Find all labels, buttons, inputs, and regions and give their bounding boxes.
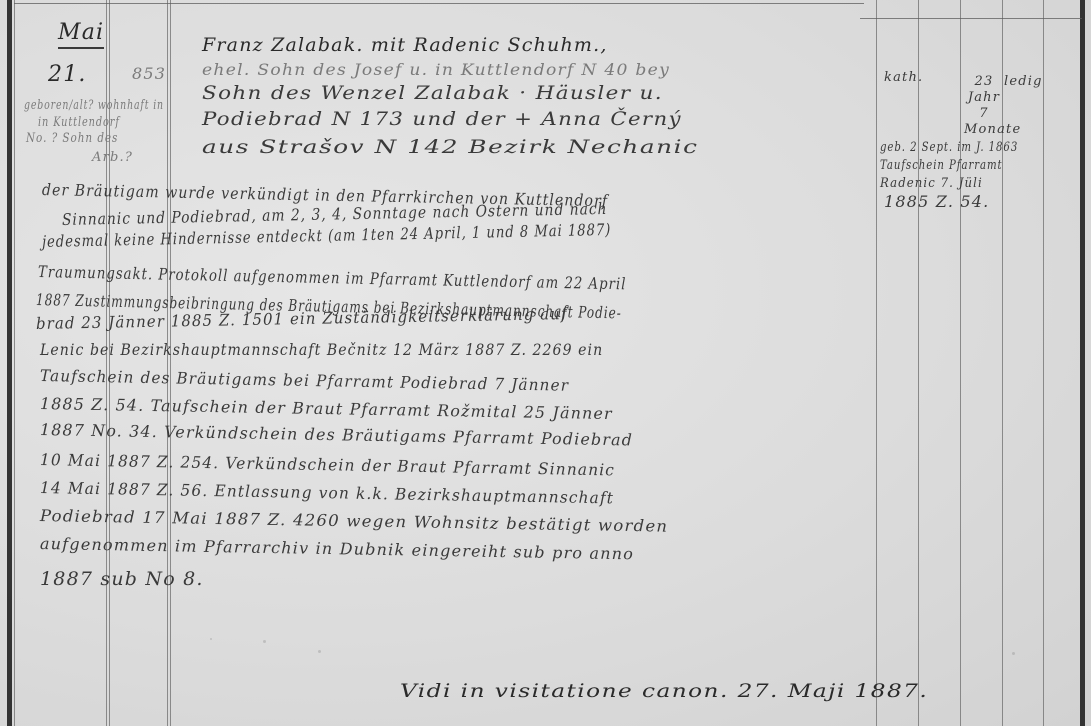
entry-line-18: Podiebrad 17 Mai 1887 Z. 4260 wegen Wohn… (40, 506, 669, 536)
entry-line-1: Franz Zalabak. mit Radenic Schuhm., (202, 34, 608, 56)
entry-line-17: 14 Mai 1887 Z. 56. Entlassung von k.k. B… (40, 478, 614, 507)
month-header: Mai (58, 20, 104, 49)
column-rule (876, 0, 877, 726)
right-page-edge (1080, 0, 1085, 726)
column-rule (960, 0, 961, 726)
register-page: Mai 21. 853 geboren/alt? wohnhaft in in … (0, 0, 1091, 726)
bride-birth-note: geb. 2 Sept. im J. 1863 (880, 140, 1018, 155)
entry-line-5: aus Strašov N 142 Bezirk Nechanic (202, 136, 698, 158)
column-rule (1043, 0, 1044, 726)
column-rule (918, 0, 919, 726)
entry-number: 853 (132, 64, 166, 83)
bride-birth-note: 1885 Z. 54. (884, 192, 989, 211)
margin-note-line: in Kuttlendorf (38, 115, 120, 130)
header-rule (860, 18, 1082, 19)
religion-value: kath. (884, 70, 923, 85)
entry-line-16: 10 Mai 1887 Z. 254. Verkündschein der Br… (40, 450, 615, 479)
entry-line-15: 1887 No. 34. Verkündschein des Bräutigam… (40, 420, 633, 449)
left-binding-edge (7, 0, 12, 726)
entry-line-2: ehel. Sohn des Josef u. in Kuttlendorf N… (202, 60, 670, 79)
column-rule (170, 0, 171, 726)
header-rule (14, 3, 864, 4)
visitation-note: Vidi in visitatione canon. 27. Maji 1887… (400, 680, 928, 702)
entry-day: 21. (48, 62, 87, 87)
age-value: 23 Jahr 7 Monate (964, 74, 1004, 138)
paper-speck (1012, 652, 1015, 655)
bride-birth-note: Taufschein Pfarramt (880, 158, 1003, 173)
margin-note-line: No. ? Sohn des (26, 131, 118, 146)
column-rule (14, 0, 15, 726)
entry-line-9: Traumungsakt. Protokoll aufgenommen im P… (38, 262, 627, 293)
margin-note-line: Arb.? (92, 150, 133, 165)
entry-line-13: Taufschein des Bräutigams bei Pfarramt P… (40, 366, 569, 395)
entry-line-12: Lenic bei Bezirkshauptmannschaft Bečnitz… (40, 340, 603, 359)
paper-speck (210, 638, 212, 640)
entry-line-19: aufgenommen im Pfarrarchiv in Dubnik ein… (40, 534, 634, 563)
bride-birth-note: Radenic 7. Jüli (880, 176, 983, 191)
entry-line-20: 1887 sub No 8. (40, 568, 204, 590)
paper-speck (318, 650, 321, 653)
bride-status: ledig (1004, 74, 1043, 89)
entry-line-14: 1885 Z. 54. Taufschein der Braut Pfarram… (40, 394, 613, 423)
entry-line-3: Sohn des Wenzel Zalabak · Häusler u. (202, 82, 663, 104)
paper-speck (263, 640, 266, 643)
margin-note-line: geboren/alt? wohnhaft in (24, 98, 164, 113)
entry-line-4: Podiebrad N 173 und der + Anna Černý (202, 108, 682, 130)
column-rule (167, 0, 168, 726)
